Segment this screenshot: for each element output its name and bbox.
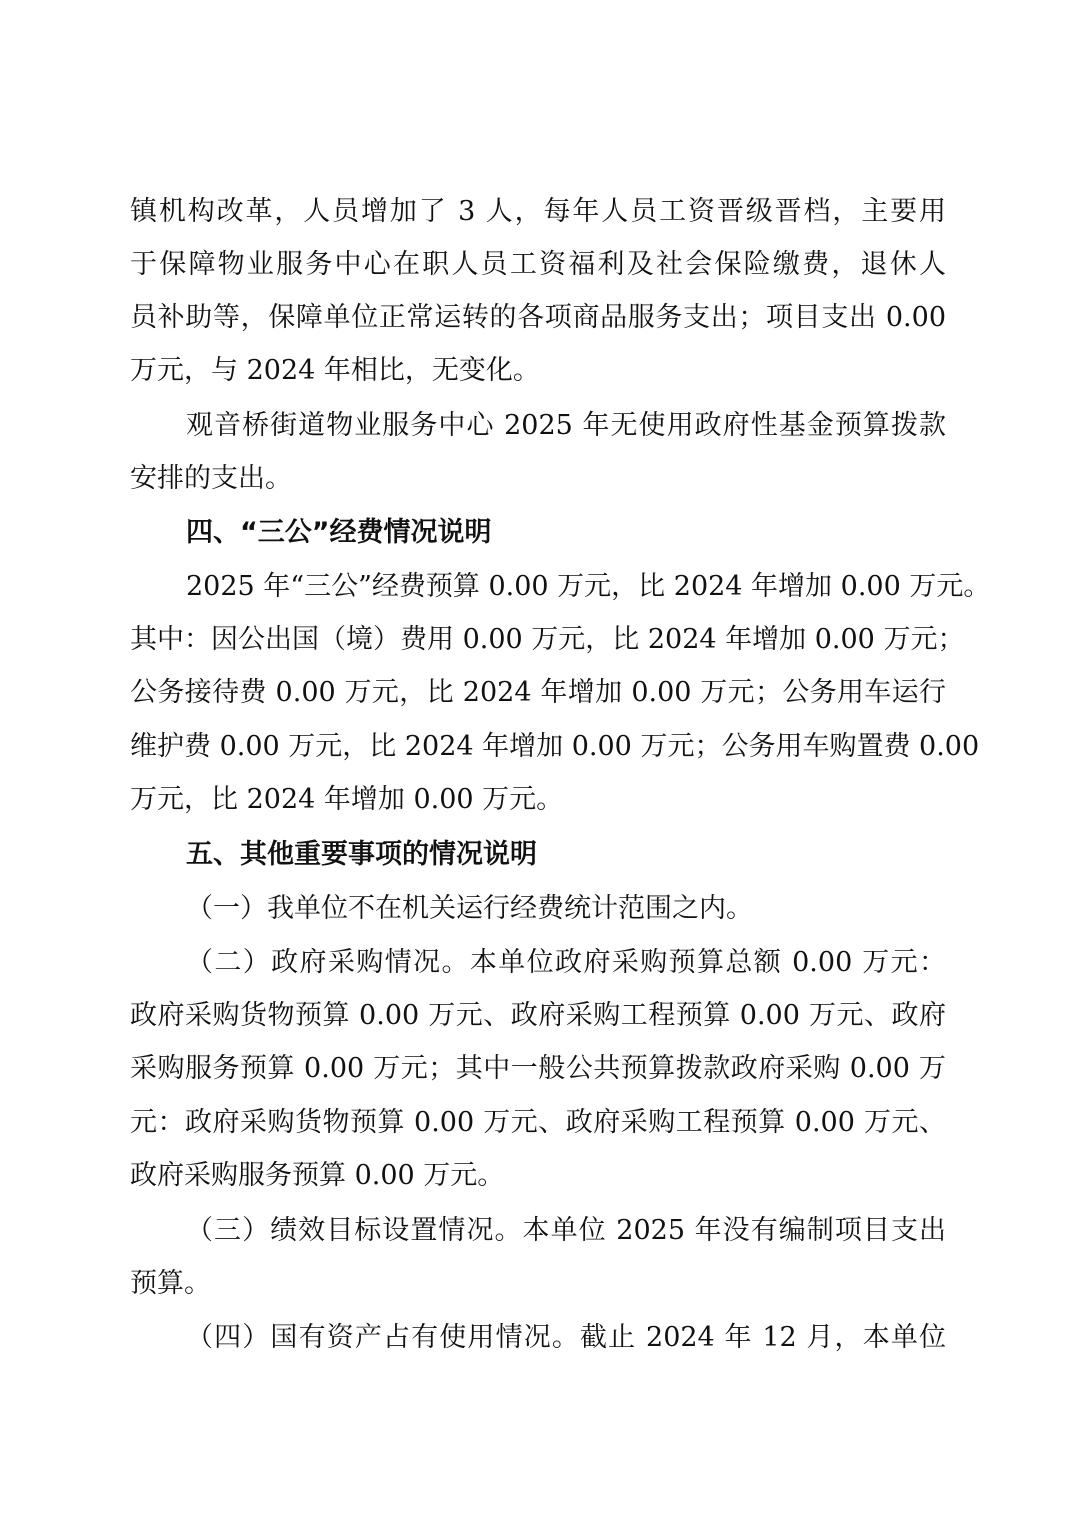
paragraph-line: （二）政府采购情况。本单位政府采购预算总额 0.00 万元：: [186, 943, 946, 983]
document-page: 镇机构改革，人员增加了 3 人，每年人员工资晋级晋档，主要用 于保障物业服务中心…: [0, 0, 1074, 1520]
paragraph-line: 安排的支出。: [130, 459, 946, 499]
paragraph-line: 采购服务预算 0.00 万元；其中一般公共预算拨款政府采购 0.00 万: [130, 1049, 946, 1089]
paragraph-line: （三）绩效目标设置情况。本单位 2025 年没有编制项目支出: [186, 1211, 946, 1251]
paragraph-line: 镇机构改革，人员增加了 3 人，每年人员工资晋级晋档，主要用: [130, 192, 946, 232]
paragraph-line: 2025 年“三公”经费预算 0.00 万元，比 2024 年增加 0.00 万…: [186, 567, 946, 607]
paragraph-line: （一）我单位不在机关运行经费统计范围之内。: [186, 889, 946, 929]
section-heading-five: 五、其他重要事项的情况说明: [186, 835, 946, 875]
paragraph-line: 其中：因公出国（境）费用 0.00 万元，比 2024 年增加 0.00 万元；: [130, 620, 946, 660]
paragraph-line: 万元，与 2024 年相比，无变化。: [130, 351, 946, 391]
paragraph-line: 万元，比 2024 年增加 0.00 万元。: [130, 780, 946, 820]
paragraph-line: 员补助等，保障单位正常运转的各项商品服务支出；项目支出 0.00: [130, 298, 946, 338]
paragraph-line: （四）国有资产占有使用情况。截止 2024 年 12 月，本单位: [186, 1318, 946, 1358]
paragraph-line: 观音桥街道物业服务中心 2025 年无使用政府性基金预算拨款: [186, 406, 946, 446]
paragraph-line: 维护费 0.00 万元，比 2024 年增加 0.00 万元；公务用车购置费 0…: [130, 727, 946, 767]
paragraph-line: 政府采购货物预算 0.00 万元、政府采购工程预算 0.00 万元、政府: [130, 996, 946, 1036]
paragraph-line: 政府采购服务预算 0.00 万元。: [130, 1156, 946, 1196]
section-heading-four: 四、“三公”经费情况说明: [186, 513, 946, 553]
paragraph-line: 元：政府采购货物预算 0.00 万元、政府采购工程预算 0.00 万元、: [130, 1103, 946, 1143]
paragraph-line: 公务接待费 0.00 万元，比 2024 年增加 0.00 万元；公务用车运行: [130, 673, 946, 713]
paragraph-line: 预算。: [130, 1264, 946, 1304]
paragraph-line: 于保障物业服务中心在职人员工资福利及社会保险缴费，退休人: [130, 245, 946, 285]
